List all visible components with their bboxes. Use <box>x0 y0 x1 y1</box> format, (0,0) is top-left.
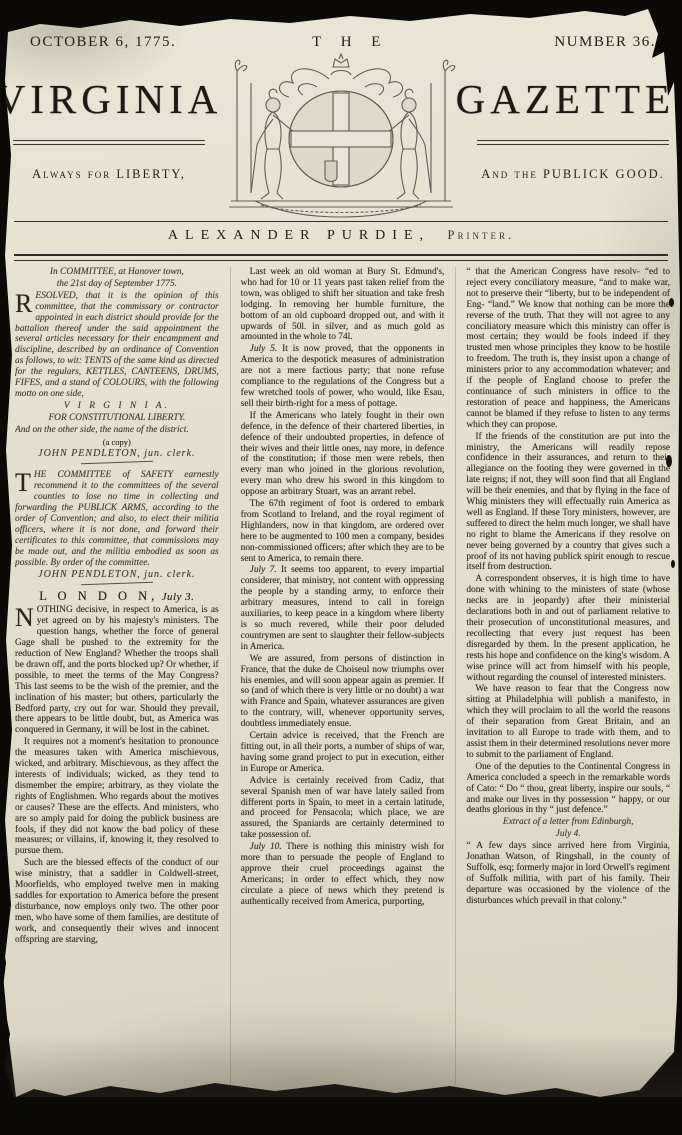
paragraph: A correspondent observes, it is high tim… <box>466 574 670 683</box>
dateline-lead: July 5. <box>250 344 278 354</box>
paragraph: July 5. It is now proved, that the oppon… <box>241 344 445 409</box>
heading-date: July 3. <box>158 591 194 603</box>
ink-speck <box>669 298 674 307</box>
ink-speck <box>671 560 675 568</box>
article-separator <box>81 461 153 468</box>
dateline-lead: July 7. <box>250 565 277 575</box>
article-separator <box>81 582 153 589</box>
paragraph: July 7. It seems too apparent, to every … <box>241 565 445 652</box>
paragraph: FOR CONSTITUTIONAL LIBERTY. <box>15 413 219 424</box>
paragraph: July 10. There is nothing this ministry … <box>241 842 445 907</box>
printer-rule <box>14 254 668 261</box>
paragraph: “ A few days since arrived here from Vir… <box>466 841 670 906</box>
paragraph: JOHN PENDLETON, jun. clerk. <box>15 570 219 581</box>
section-heading: L O N D O N, July 3. <box>15 591 219 603</box>
paragraph: THE COMMITTEE of SAFETY earnestly recomm… <box>15 470 219 568</box>
newspaper-page: OCTOBER 6, 1775. T H E NUMBER 36. VIRGIN… <box>0 0 682 1135</box>
printer-line: ALEXANDER PURDIE, Printer. <box>14 228 668 244</box>
printer-name: ALEXANDER PURDIE, <box>168 228 430 243</box>
page-header: OCTOBER 6, 1775. T H E NUMBER 36. <box>0 0 682 51</box>
masthead: VIRGINIA Always for LIBERTY, <box>0 53 682 221</box>
paragraph: One of the deputies to the Continental C… <box>466 762 670 817</box>
paragraph: Extract of a letter from Edinburgh, <box>466 817 670 828</box>
paragraph: (a copy) <box>15 437 219 448</box>
column-2: Last week an old woman at Bury St. Edmun… <box>230 267 445 1085</box>
paragraph: the 21st day of September 1775. <box>15 279 219 290</box>
paragraph: V I R G I N I A. <box>15 401 219 412</box>
article-columns: In COMMITTEE, at Hanover town,the 21st d… <box>0 261 682 1085</box>
paper-sheet: OCTOBER 6, 1775. T H E NUMBER 36. VIRGIN… <box>0 0 682 1135</box>
printer-role: Printer. <box>448 228 515 242</box>
column-3: “ that the American Congress have resolv… <box>455 267 670 1085</box>
printer-bar: ALEXANDER PURDIE, Printer. <box>14 221 668 249</box>
paragraph: We have reason to fear that the Congress… <box>466 684 670 760</box>
issue-date: OCTOBER 6, 1775. <box>30 34 176 51</box>
paragraph: NOTHING decisive, in respect to America,… <box>15 605 219 736</box>
masthead-the: T H E <box>312 34 388 51</box>
drop-cap: R <box>15 291 35 314</box>
virginia-royal-arms-icon <box>218 53 464 221</box>
title-virginia: VIRGINIA <box>0 75 222 123</box>
paragraph: Last week an old woman at Bury St. Edmun… <box>241 267 445 343</box>
masthead-rule-left <box>13 140 205 145</box>
paragraph: “ that the American Congress have resolv… <box>466 267 670 431</box>
masthead-left: VIRGINIA Always for LIBERTY, <box>0 53 218 221</box>
paragraph: RESOLVED, that it is the opinion of this… <box>15 291 219 400</box>
motto-right: And the PUBLICK GOOD. <box>481 167 665 182</box>
paragraph: We are assured, from persons of distinct… <box>241 654 445 730</box>
motto-left: Always for LIBERTY, <box>32 167 186 182</box>
drop-cap: T <box>15 470 34 493</box>
paragraph: If the friends of the constitution are p… <box>466 432 670 574</box>
paragraph: JOHN PENDLETON, jun. clerk. <box>15 449 219 460</box>
drop-cap: N <box>15 605 37 628</box>
paragraph: If the Americans who lately fought in th… <box>241 411 445 498</box>
ink-speck <box>666 455 672 467</box>
paragraph: Advice is certainly received from Cadiz,… <box>241 776 445 841</box>
column-1: In COMMITTEE, at Hanover town,the 21st d… <box>15 267 219 1085</box>
paragraph: July 4. <box>466 829 670 840</box>
title-gazette: GAZETTE. <box>456 75 682 123</box>
paragraph: Such are the blessed effects of the cond… <box>15 858 219 945</box>
paragraph: The 67th regiment of foot is ordered to … <box>241 499 445 564</box>
paragraph: In COMMITTEE, at Hanover town, <box>15 267 219 278</box>
issue-number: NUMBER 36. <box>554 34 656 51</box>
paragraph: And on the other side, the name of the d… <box>15 425 219 436</box>
dateline-lead: July 10. <box>250 842 282 852</box>
masthead-right: GAZETTE. And the PUBLICK GOOD. <box>464 53 682 221</box>
paragraph: It requires not a moment's hesitation to… <box>15 737 219 857</box>
paragraph: Certain advice is received, that the Fre… <box>241 731 445 775</box>
masthead-rule-right <box>477 140 669 145</box>
